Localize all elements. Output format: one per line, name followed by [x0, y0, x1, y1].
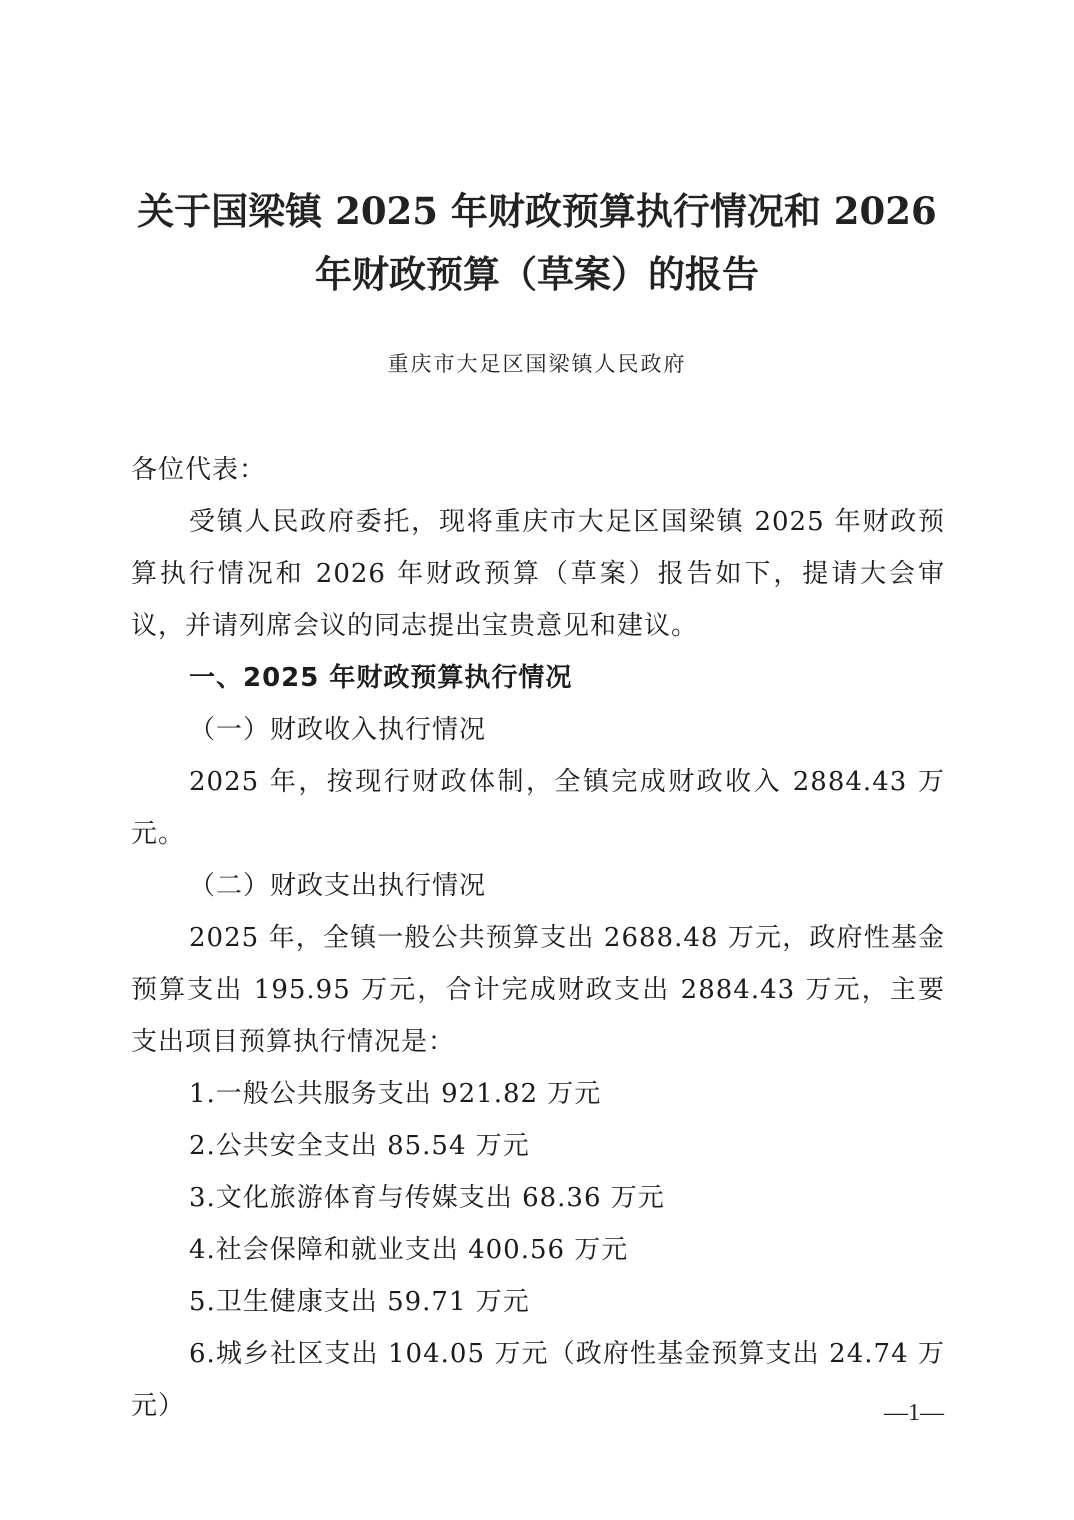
list-item: 3.文化旅游体育与传媒支出 68.36 万元 — [131, 1172, 945, 1224]
expenditure-paragraph: 2025 年，全镇一般公共预算支出 2688.48 万元，政府性基金预算支出 1… — [131, 912, 945, 1068]
revenue-paragraph: 2025 年，按现行财政体制，全镇完成财政收入 2884.43 万元。 — [131, 756, 945, 860]
subsection-heading: （一）财政收入执行情况 — [131, 704, 945, 756]
list-item: 6.城乡社区支出 104.05 万元（政府性基金预算支出 24.74 万元） — [131, 1328, 945, 1432]
list-item: 1.一般公共服务支出 921.82 万元 — [131, 1068, 945, 1120]
list-item: 4.社会保障和就业支出 400.56 万元 — [131, 1224, 945, 1276]
section-heading: 一、2025 年财政预算执行情况 — [131, 652, 945, 704]
subsection-heading: （二）财政支出执行情况 — [131, 860, 945, 912]
intro-paragraph: 受镇人民政府委托，现将重庆市大足区国梁镇 2025 年财政预算执行情况和 202… — [131, 496, 945, 652]
document-title: 关于国梁镇 2025 年财政预算执行情况和 2026 年财政预算（草案）的报告 — [120, 180, 954, 306]
issuer: 重庆市大足区国梁镇人民政府 — [0, 348, 1074, 380]
page-number: —1— — [884, 1400, 944, 1427]
document-page: 关于国梁镇 2025 年财政预算执行情况和 2026 年财政预算（草案）的报告 … — [0, 0, 1074, 1520]
title-line-2: 年财政预算（草案）的报告 — [120, 243, 954, 306]
document-body: 各位代表： 受镇人民政府委托，现将重庆市大足区国梁镇 2025 年财政预算执行情… — [131, 444, 945, 1432]
list-item: 5.卫生健康支出 59.71 万元 — [131, 1276, 945, 1328]
salutation: 各位代表： — [131, 444, 945, 496]
title-line-1: 关于国梁镇 2025 年财政预算执行情况和 2026 — [120, 180, 954, 243]
list-item: 2.公共安全支出 85.54 万元 — [131, 1120, 945, 1172]
